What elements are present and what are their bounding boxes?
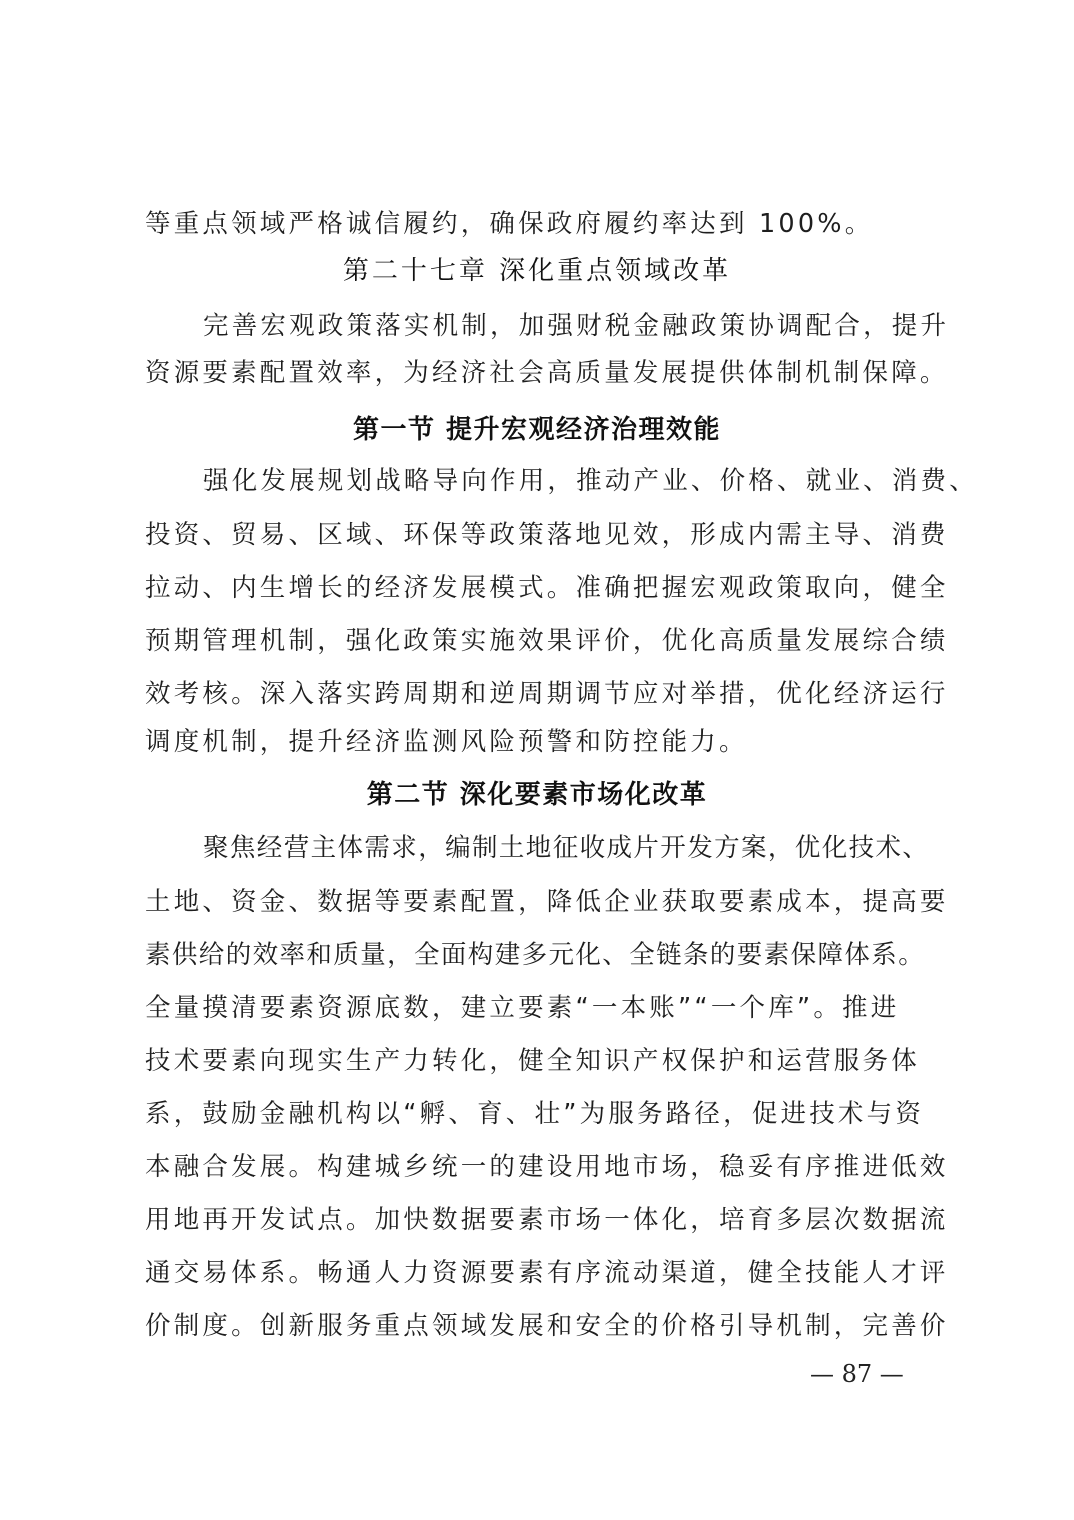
paragraph-line: 系，鼓励金融机构以“孵、育、壮”为服务路径，促进技术与资 <box>145 1097 945 1131</box>
paragraph-line: 投资、贸易、区域、环保等政策落地见效，形成内需主导、消费 <box>145 518 945 552</box>
paragraph-line: 素供给的效率和质量，全面构建多元化、全链条的要素保障体系。 <box>145 938 945 972</box>
paragraph-line: 完善宏观政策落实机制，加强财税金融政策协调配合，提升 <box>203 309 945 343</box>
paragraph-line: 聚焦经营主体需求，编制土地征收成片开发方案，优化技术、 <box>203 831 945 865</box>
paragraph-line: 本融合发展。构建城乡统一的建设用地市场，稳妥有序推进低效 <box>145 1150 945 1184</box>
paragraph-line: 全量摸清要素资源底数，建立要素“一本账”“一个库”。推进 <box>145 991 945 1025</box>
chapter-title: 第二十七章 深化重点领域改革 <box>0 254 1074 288</box>
paragraph-line: 等重点领域严格诚信履约，确保政府履约率达到 100%。 <box>145 207 945 241</box>
paragraph-line: 技术要素向现实生产力转化，健全知识产权保护和运营服务体 <box>145 1044 945 1078</box>
paragraph-line: 土地、资金、数据等要素配置，降低企业获取要素成本，提高要 <box>145 885 945 919</box>
paragraph-line: 预期管理机制，强化政策实施效果评价，优化高质量发展综合绩 <box>145 624 945 658</box>
paragraph-line: 资源要素配置效率，为经济社会高质量发展提供体制机制保障。 <box>145 356 945 390</box>
paragraph-line: 通交易体系。畅通人力资源要素有序流动渠道，健全技能人才评 <box>145 1256 945 1290</box>
paragraph-line: 强化发展规划战略导向作用，推动产业、价格、就业、消费、 <box>203 464 945 498</box>
paragraph-line: 拉动、内生增长的经济发展模式。准确把握宏观政策取向，健全 <box>145 571 945 605</box>
document-page: 等重点领域严格诚信履约，确保政府履约率达到 100%。 第二十七章 深化重点领域… <box>0 0 1074 1520</box>
paragraph-line: 用地再开发试点。加快数据要素市场一体化，培育多层次数据流 <box>145 1203 945 1237</box>
paragraph-line: 效考核。深入落实跨周期和逆周期调节应对举措，优化经济运行 <box>145 677 945 711</box>
section-title-1: 第一节 提升宏观经济治理效能 <box>0 413 1074 447</box>
paragraph-line: 调度机制，提升经济监测风险预警和防控能力。 <box>145 725 945 759</box>
section-title-2: 第二节 深化要素市场化改革 <box>0 778 1074 812</box>
page-number: — 87 — <box>810 1358 920 1390</box>
paragraph-line: 价制度。创新服务重点领域发展和安全的价格引导机制，完善价 <box>145 1309 945 1343</box>
